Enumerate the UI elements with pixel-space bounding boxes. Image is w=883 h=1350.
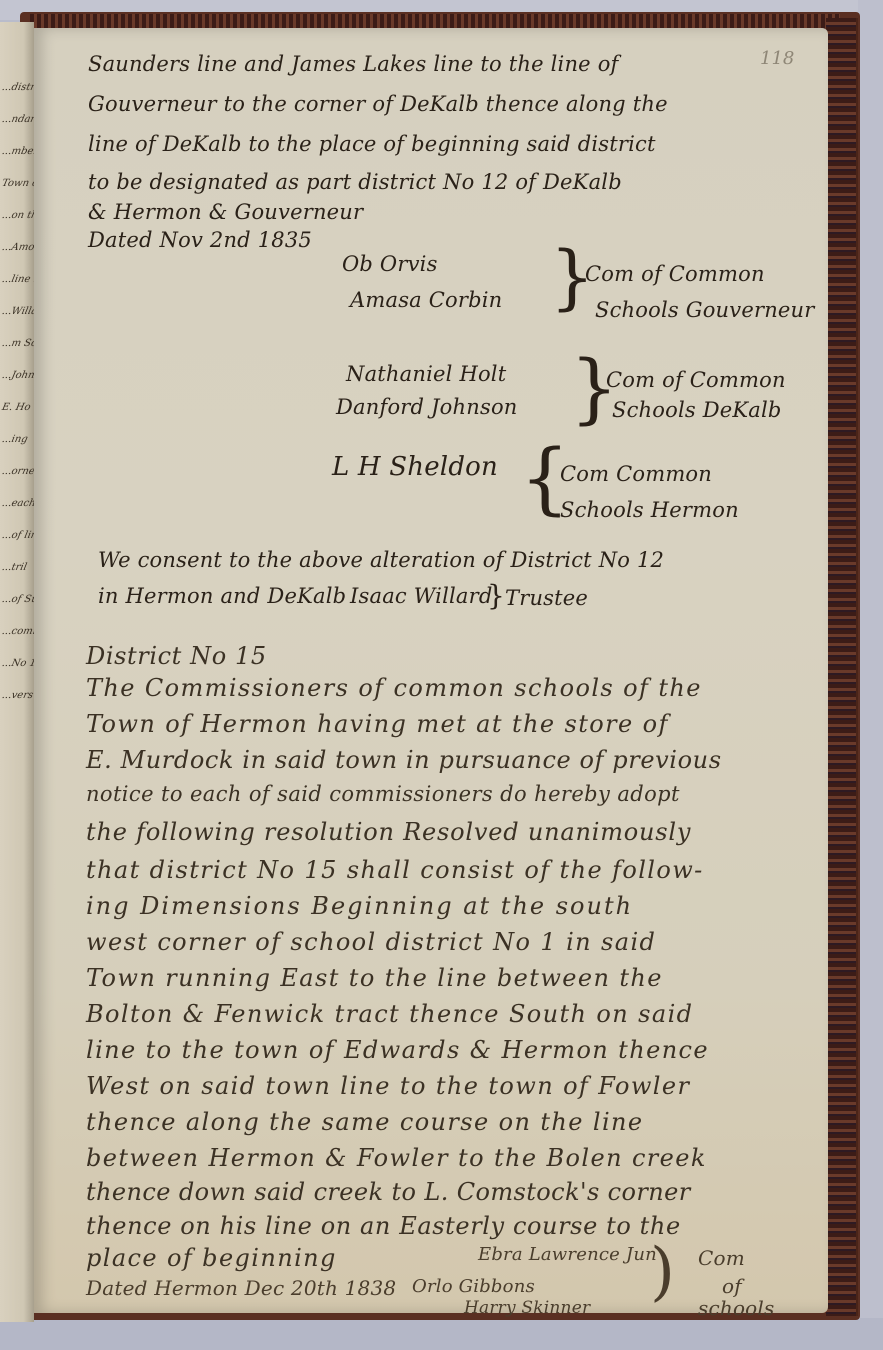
entry-line: line to the town of Edwards & Hermon the… bbox=[86, 1036, 709, 1064]
facing-page-fragment: ...on the bbox=[1, 210, 34, 221]
entry-dated: Dated Hermon Dec 20th 1838 bbox=[86, 1276, 396, 1300]
facing-page-fragment: ...ing bbox=[1, 434, 29, 445]
page-number: 118 bbox=[760, 48, 794, 69]
entry-line: west corner of school district No 1 in s… bbox=[86, 928, 656, 956]
facing-page-fragment: ...tril bbox=[1, 562, 28, 573]
signer-name: Harry Skinner bbox=[464, 1298, 590, 1318]
signer-name: Amasa Corbin bbox=[350, 288, 502, 312]
brace-icon: } bbox=[487, 582, 505, 610]
entry-line: Gouverneur to the corner of DeKalb thenc… bbox=[88, 92, 668, 116]
entry-line: between Hermon & Fowler to the Bolen cre… bbox=[86, 1144, 707, 1172]
signer-title: Com of Common bbox=[606, 368, 786, 392]
signer-name: Nathaniel Holt bbox=[346, 362, 506, 386]
entry-line: thence on his line on an Easterly course… bbox=[86, 1212, 681, 1240]
backdrop-bottom bbox=[0, 1318, 883, 1350]
facing-page-sliver: ...district ...ndaries ...mber of Town o… bbox=[0, 22, 34, 1322]
entry-line: the following resolution Resolved unanim… bbox=[86, 818, 691, 846]
facing-page-fragment: ...of Su bbox=[1, 594, 34, 605]
entry-line: notice to each of said commissioners do … bbox=[86, 782, 680, 806]
entry-line: The Commissioners of common schools of t… bbox=[86, 674, 702, 702]
signer-name: Danford Johnson bbox=[336, 395, 518, 419]
signer-name: Orlo Gibbons bbox=[412, 1276, 535, 1297]
entry-dated: Dated Nov 2nd 1835 bbox=[88, 228, 312, 252]
entry-line: Bolton & Fenwick tract thence South on s… bbox=[86, 1000, 693, 1028]
signer-name: Ebra Lawrence Jun bbox=[478, 1244, 657, 1265]
signer-title: Com of Common bbox=[585, 262, 765, 286]
facing-page-fragment: ...each bbox=[1, 498, 34, 509]
entry-line: ing Dimensions Beginning at the south bbox=[86, 892, 633, 920]
signer-title: Schools DeKalb bbox=[612, 398, 782, 422]
entry-line: that district No 15 shall consist of the… bbox=[86, 856, 704, 884]
entry-line: & Hermon & Gouverneur bbox=[88, 200, 363, 224]
facing-page-fragment: ...ndaries bbox=[1, 114, 34, 125]
entry-line: place of beginning bbox=[86, 1244, 337, 1272]
facing-page-fragment: ...district bbox=[1, 82, 34, 93]
consent-title: Trustee bbox=[505, 586, 588, 610]
signer-title: Com bbox=[698, 1246, 745, 1270]
entry-line: Town running East to the line between th… bbox=[86, 964, 663, 992]
facing-page-fragment: ...line 12 bbox=[1, 274, 34, 285]
signer-title: Schools Gouverneur bbox=[595, 298, 815, 322]
entry-line: thence down said creek to L. Comstock's … bbox=[86, 1178, 691, 1206]
entry-line: to be designated as part district No 12 … bbox=[88, 170, 622, 194]
entry-line: thence along the same course on the line bbox=[86, 1108, 644, 1136]
facing-page-fragment: ...m Sou bbox=[1, 338, 34, 349]
facing-page-fragment: ...mber of bbox=[1, 146, 34, 157]
right-page-edges bbox=[826, 18, 858, 1316]
entry-line: Town of Hermon having met at the store o… bbox=[86, 710, 669, 738]
facing-page-fragment: ...orner bbox=[1, 466, 34, 477]
signer-title: Schools Hermon bbox=[560, 498, 739, 522]
facing-page-fragment: ...Amos bbox=[1, 242, 34, 253]
facing-page-fragment: ...Johnson bbox=[1, 370, 34, 381]
facing-page-fragment: Town of bbox=[1, 178, 34, 189]
consent-line: in Hermon and DeKalb bbox=[98, 584, 346, 608]
facing-page-fragment: ...of line bbox=[1, 530, 34, 541]
facing-page-fragment: E. Ho bbox=[1, 402, 32, 413]
entry-line: E. Murdock in said town in pursuance of … bbox=[86, 746, 722, 774]
backdrop-right bbox=[858, 0, 883, 1350]
signer-title: schools bbox=[698, 1296, 775, 1320]
facing-page-fragment: ...comm bbox=[1, 626, 34, 637]
district-heading: District No 15 bbox=[86, 642, 267, 670]
entry-line: Saunders line and James Lakes line to th… bbox=[88, 52, 619, 76]
entry-line: West on said town line to the town of Fo… bbox=[86, 1072, 690, 1100]
facing-page-fragment: ...No 15 bbox=[1, 658, 34, 669]
facing-page-fragment: ...vers bbox=[1, 690, 34, 701]
facing-page-fragment: ...Willa bbox=[1, 306, 34, 317]
consent-signer: Isaac Willard bbox=[350, 584, 493, 608]
signer-title: Com Common bbox=[560, 462, 712, 486]
brace-icon: ) bbox=[650, 1240, 675, 1304]
signer-name: Ob Orvis bbox=[342, 252, 438, 276]
signer-name: L H Sheldon bbox=[332, 452, 498, 482]
signer-title: of bbox=[722, 1274, 742, 1298]
consent-line: We consent to the above alteration of Di… bbox=[98, 548, 664, 572]
entry-line: line of DeKalb to the place of beginning… bbox=[88, 132, 656, 156]
